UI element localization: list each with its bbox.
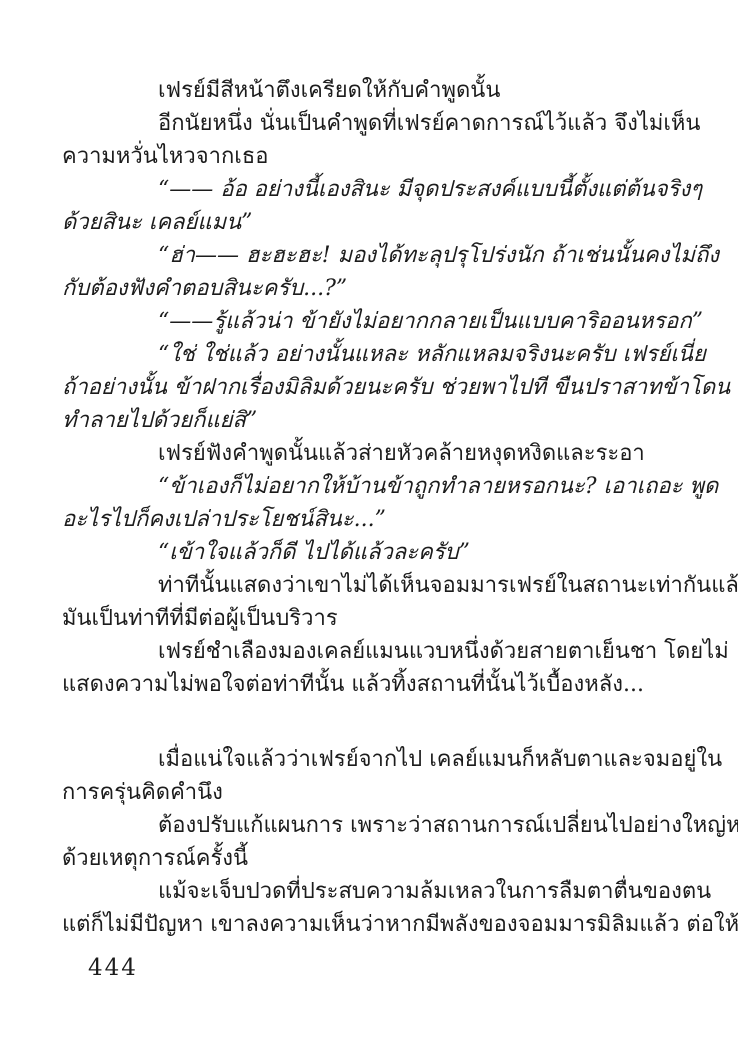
text-block: เฟรย์มีสีหน้าตึงเครียดให้กับคำพูดนั้นอีก…: [62, 74, 656, 941]
paragraph: “ใช่ ใช่แล้ว อย่างนั้นแหละ หลักแหลมจริงน…: [62, 338, 656, 437]
paragraph: “——รู้แล้วน่า ข้ายังไม่อยากกลายเป็นแบบคา…: [62, 305, 656, 338]
text-line: “เข้าใจแล้วก็ดี ไปได้แล้วละครับ”: [62, 536, 656, 569]
text-line: ทำลายไปด้วยก็แย่สิ”: [62, 404, 656, 437]
text-line: ท่าทีนั้นแสดงว่าเขาไม่ได้เห็นจอมมารเฟรย์…: [62, 569, 656, 602]
text-line: “ข้าเองก็ไม่อยากให้บ้านข้าถูกทำลายหรอกนะ…: [62, 470, 656, 503]
book-page: เฟรย์มีสีหน้าตึงเครียดให้กับคำพูดนั้นอีก…: [0, 0, 738, 1051]
text-line: “——รู้แล้วน่า ข้ายังไม่อยากกลายเป็นแบบคา…: [62, 305, 656, 338]
text-line: “—— อ้อ อย่างนี้เองสินะ มีจุดประสงค์แบบน…: [62, 173, 656, 206]
paragraph: แม้จะเจ็บปวดที่ประสบความล้มเหลวในการลืมต…: [62, 875, 656, 941]
text-line: เฟรย์ชำเลืองมองเคลย์แมนแวบหนึ่งด้วยสายตา…: [62, 635, 656, 668]
paragraph: ต้องปรับแก้แผนการ เพราะว่าสถานการณ์เปลี่…: [62, 809, 656, 875]
text-line: เฟรย์ฟังคำพูดนั้นแล้วส่ายหัวคล้ายหงุดหงิ…: [62, 437, 656, 470]
text-line: เมื่อแน่ใจแล้วว่าเฟรย์จากไป เคลย์แมนก็หล…: [62, 743, 656, 776]
text-line: แม้จะเจ็บปวดที่ประสบความล้มเหลวในการลืมต…: [62, 875, 656, 908]
paragraph: เมื่อแน่ใจแล้วว่าเฟรย์จากไป เคลย์แมนก็หล…: [62, 743, 656, 809]
paragraph: “—— อ้อ อย่างนี้เองสินะ มีจุดประสงค์แบบน…: [62, 173, 656, 239]
text-line: แต่ก็ไม่มีปัญหา เขาลงความเห็นว่าหากมีพลั…: [62, 908, 656, 941]
text-line: การครุ่นคิดคำนึง: [62, 776, 656, 809]
paragraph: เฟรย์ฟังคำพูดนั้นแล้วส่ายหัวคล้ายหงุดหงิ…: [62, 437, 656, 470]
text-line: “ฮ่า—— ฮะฮะฮะ! มองได้ทะลุปรุโปร่งนัก ถ้า…: [62, 239, 656, 272]
text-line: ความหวั่นไหวจากเธอ: [62, 140, 656, 173]
paragraph: เฟรย์ชำเลืองมองเคลย์แมนแวบหนึ่งด้วยสายตา…: [62, 635, 656, 701]
page-number: 444: [88, 955, 138, 981]
text-line: แสดงความไม่พอใจต่อท่าทีนั้น แล้วทิ้งสถาน…: [62, 668, 656, 701]
text-line: ด้วยสินะ เคลย์แมน”: [62, 206, 656, 239]
text-line: อะไรไปก็คงเปล่าประโยชน์สินะ...”: [62, 503, 656, 536]
text-line: ถ้าอย่างนั้น ข้าฝากเรื่องมิลิมด้วยนะครับ…: [62, 371, 656, 404]
text-line: “ใช่ ใช่แล้ว อย่างนั้นแหละ หลักแหลมจริงน…: [62, 338, 656, 371]
paragraph: เฟรย์มีสีหน้าตึงเครียดให้กับคำพูดนั้น: [62, 74, 656, 107]
paragraph: “ข้าเองก็ไม่อยากให้บ้านข้าถูกทำลายหรอกนะ…: [62, 470, 656, 536]
text-line: กับต้องฟังคำตอบสินะครับ...?”: [62, 272, 656, 305]
text-line: เฟรย์มีสีหน้าตึงเครียดให้กับคำพูดนั้น: [62, 74, 656, 107]
paragraph: อีกนัยหนึ่ง นั่นเป็นคำพูดที่เฟรย์คาดการณ…: [62, 107, 656, 173]
paragraph: ท่าทีนั้นแสดงว่าเขาไม่ได้เห็นจอมมารเฟรย์…: [62, 569, 656, 635]
text-line: ด้วยเหตุการณ์ครั้งนี้: [62, 842, 656, 875]
paragraph: “เข้าใจแล้วก็ดี ไปได้แล้วละครับ”: [62, 536, 656, 569]
paragraph: “ฮ่า—— ฮะฮะฮะ! มองได้ทะลุปรุโปร่งนัก ถ้า…: [62, 239, 656, 305]
text-line: มันเป็นท่าทีที่มีต่อผู้เป็นบริวาร: [62, 602, 656, 635]
text-line: อีกนัยหนึ่ง นั่นเป็นคำพูดที่เฟรย์คาดการณ…: [62, 107, 656, 140]
text-line: ต้องปรับแก้แผนการ เพราะว่าสถานการณ์เปลี่…: [62, 809, 656, 842]
